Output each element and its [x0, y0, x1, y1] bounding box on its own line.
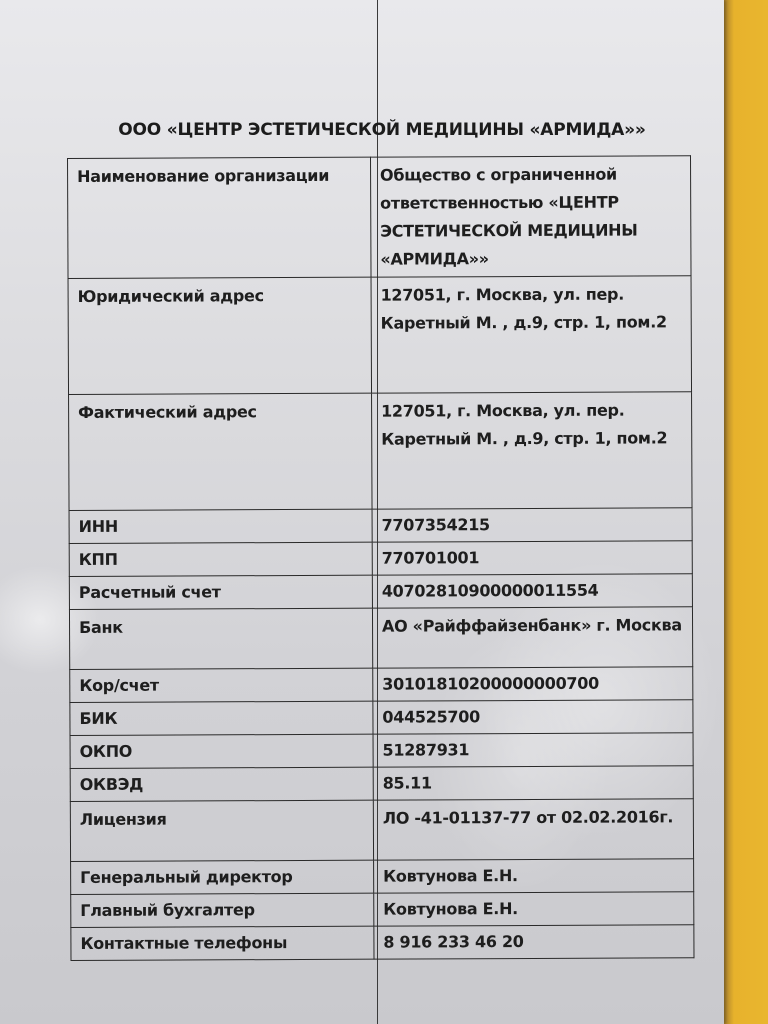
- document-title: ООО «ЦЕНТР ЭСТЕТИЧЕСКОЙ МЕДИЦИНЫ «АРМИДА…: [72, 120, 692, 140]
- row-label: ОКВЭД: [70, 767, 373, 801]
- table-row: Банк АО «Райффайзенбанк» г. Москва: [69, 607, 692, 670]
- row-value: АО «Райффайзенбанк» г. Москва: [372, 607, 692, 668]
- row-label: Наименование организации: [68, 157, 371, 278]
- row-value: 7707354215: [372, 508, 692, 542]
- table-row: Расчетный счет 40702810900000011554: [69, 574, 692, 610]
- row-value: 85.11: [373, 766, 693, 800]
- row-value: 044525700: [373, 700, 693, 734]
- row-label: Расчетный счет: [69, 575, 372, 609]
- table-row: БИК 044525700: [70, 700, 693, 736]
- row-label: КПП: [69, 542, 372, 576]
- table-row: КПП 770701001: [69, 541, 692, 577]
- row-label: Главный бухгалтер: [71, 893, 374, 927]
- row-label: БИК: [70, 701, 373, 735]
- row-value: 30101810200000000700: [373, 667, 693, 701]
- row-value: 8 916 233 46 20: [374, 925, 694, 959]
- row-label: ИНН: [69, 509, 372, 543]
- row-label: Контактные телефоны: [71, 926, 374, 960]
- row-value: Ковтунова Е.Н.: [374, 859, 694, 893]
- row-value: 127051, г. Москва, ул. пер. Каретный М. …: [371, 392, 692, 509]
- table-row: Наименование организации Общество с огра…: [68, 156, 692, 279]
- row-value: Общество с ограниченной ответственностью…: [370, 156, 691, 277]
- requisites-table: Наименование организации Общество с огра…: [67, 155, 694, 961]
- row-label: Генеральный директор: [71, 860, 374, 894]
- table-row: Главный бухгалтер Ковтунова Е.Н.: [71, 892, 694, 928]
- row-label: Юридический адрес: [68, 277, 371, 394]
- table-row: ОКВЭД 85.11: [70, 766, 693, 802]
- row-label: Кор/счет: [70, 668, 373, 702]
- table-row: Лицензия ЛО -41-01137-77 от 02.02.2016г.: [70, 799, 693, 862]
- table-row: Контактные телефоны 8 916 233 46 20: [71, 925, 694, 961]
- row-label: Лицензия: [70, 800, 373, 861]
- row-value: 51287931: [373, 733, 693, 767]
- yellow-wall-background: [720, 0, 768, 1024]
- row-value: 770701001: [372, 541, 692, 575]
- table-row: ИНН 7707354215: [69, 508, 692, 544]
- table-row: ОКПО 51287931: [70, 733, 693, 769]
- row-value: ЛО -41-01137-77 от 02.02.2016г.: [373, 799, 693, 860]
- row-value: Ковтунова Е.Н.: [374, 892, 694, 926]
- row-value: 40702810900000011554: [372, 574, 692, 608]
- table-row: Кор/счет 30101810200000000700: [70, 667, 693, 703]
- row-label: Банк: [69, 608, 372, 669]
- table-row: Фактический адрес 127051, г. Москва, ул.…: [69, 392, 693, 511]
- row-label: Фактический адрес: [69, 393, 372, 510]
- table-row: Юридический адрес 127051, г. Москва, ул.…: [68, 276, 692, 395]
- paper-sheet: ООО «ЦЕНТР ЭСТЕТИЧЕСКОЙ МЕДИЦИНЫ «АРМИДА…: [0, 0, 724, 1024]
- row-value: 127051, г. Москва, ул. пер. Каретный М. …: [371, 276, 692, 393]
- row-label: ОКПО: [70, 734, 373, 768]
- table-row: Генеральный директор Ковтунова Е.Н.: [71, 859, 694, 895]
